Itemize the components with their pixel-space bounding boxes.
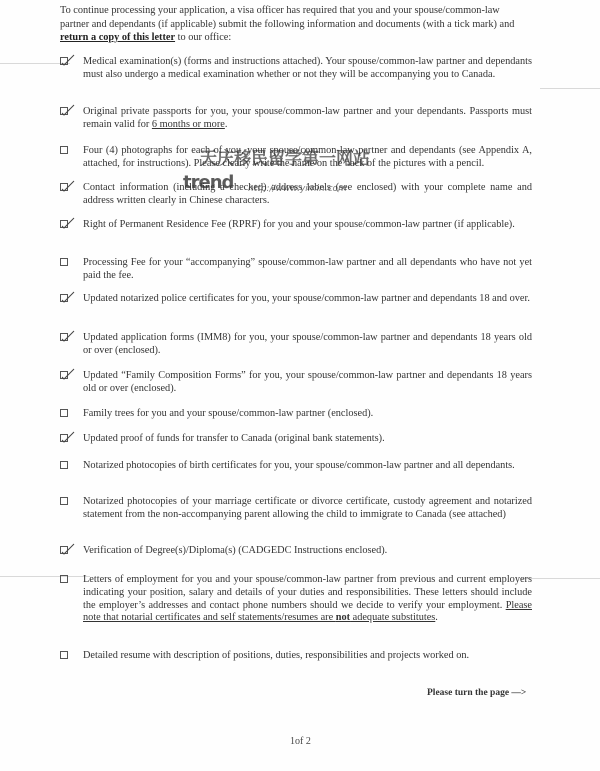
checklist-item: Updated application forms (IMM8) for you… (60, 332, 532, 358)
tick-mark-icon (61, 328, 75, 342)
checklist-item-text: Updated application forms (IMM8) for you… (83, 332, 532, 358)
intro-paragraph: To continue processing your application,… (60, 4, 530, 45)
checklist-item: Family trees for you and your spouse/com… (60, 408, 532, 421)
checklist-item-text: Updated notarized police certificates fo… (83, 293, 532, 306)
checklist-item-text: Letters of employment for you and your s… (83, 574, 532, 625)
checkbox-icon[interactable] (60, 409, 68, 417)
tick-mark-icon (61, 289, 75, 303)
tick-mark-icon (61, 52, 75, 66)
checklist-item-text: Updated “Family Composition Forms” for y… (83, 370, 532, 396)
turn-page-note: Please turn the page —> (427, 688, 526, 698)
intro-emphasis: return a copy of this letter (60, 32, 175, 43)
checklist-item-text: Updated proof of funds for transfer to C… (83, 433, 532, 446)
checklist-item-text: Processing Fee for your “accompanying” s… (83, 257, 532, 283)
checklist-item: Notarized photocopies of your marriage c… (60, 496, 532, 522)
checklist-item: Updated proof of funds for transfer to C… (60, 433, 532, 446)
scan-streak (540, 88, 600, 89)
tick-mark-icon (61, 541, 75, 555)
checklist-item-text: Detailed resume with description of posi… (83, 650, 532, 663)
checkbox-icon[interactable] (60, 497, 68, 505)
scan-streak (520, 578, 600, 579)
checklist-item: Medical examination(s) (forms and instru… (60, 56, 532, 82)
tick-mark-icon (61, 366, 75, 380)
checklist-item: Detailed resume with description of posi… (60, 650, 532, 663)
watermark-logo: trend (183, 172, 233, 193)
watermark-text: 天庆移民留学第一网站 (200, 144, 370, 169)
intro-text: To continue processing your application,… (60, 5, 514, 30)
checklist-item: Updated notarized police certificates fo… (60, 293, 532, 306)
checklist-item: Original private passports for you, your… (60, 106, 532, 132)
tick-mark-icon (61, 102, 75, 116)
letter-page: To continue processing your application,… (0, 0, 600, 771)
checklist-item: Notarized photocopies of birth certifica… (60, 460, 532, 473)
tick-mark-icon (61, 429, 75, 443)
checklist-item-text: Original private passports for you, your… (83, 106, 532, 132)
checkbox-icon[interactable] (60, 258, 68, 266)
checklist-item: Processing Fee for your “accompanying” s… (60, 257, 532, 283)
checklist-item: Updated “Family Composition Forms” for y… (60, 370, 532, 396)
checklist-item-text: Verification of Degree(s)/Diploma(s) (CA… (83, 545, 532, 558)
checklist-item-text: Right of Permanent Residence Fee (RPRF) … (83, 219, 532, 232)
checklist-item-text: Medical examination(s) (forms and instru… (83, 56, 532, 82)
intro-text-end: to our office: (175, 32, 231, 43)
watermark-url: http://www.yimin.com (248, 184, 347, 194)
checklist-item-text: Notarized photocopies of birth certifica… (83, 460, 532, 473)
tick-mark-icon (61, 215, 75, 229)
checkbox-icon[interactable] (60, 651, 68, 659)
checklist-item: Verification of Degree(s)/Diploma(s) (CA… (60, 545, 532, 558)
checkbox-icon[interactable] (60, 461, 68, 469)
checklist-item-text: Notarized photocopies of your marriage c… (83, 496, 532, 522)
checklist-item: Right of Permanent Residence Fee (RPRF) … (60, 219, 532, 232)
checkbox-icon[interactable] (60, 146, 68, 154)
checklist-item: Letters of employment for you and your s… (60, 574, 532, 625)
checkbox-icon[interactable] (60, 575, 68, 583)
tick-mark-icon (61, 178, 75, 192)
page-number: 1of 2 (290, 736, 311, 747)
checklist-item-text: Family trees for you and your spouse/com… (83, 408, 532, 421)
